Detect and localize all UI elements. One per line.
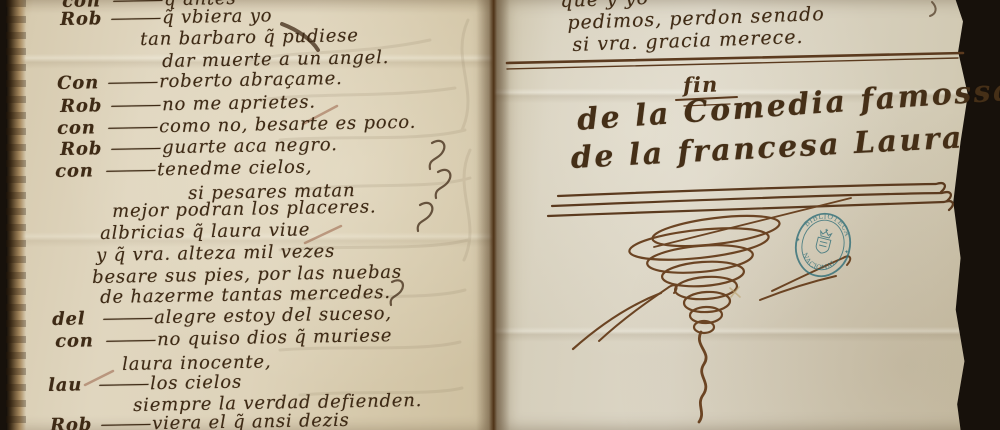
speaker-dash: — [59, 71, 209, 94]
line-text: albricias q̃ laura viue [100, 219, 310, 244]
dialogue-line: lau—los cielos [48, 373, 242, 396]
speaker-dash: — [52, 413, 202, 430]
dialogue-line: tan barbaro q̃ pudiese [140, 26, 359, 50]
manuscript-spread-photo: con—q̃ antes Rob—q̃ vbiera yo tan barbar… [0, 0, 1000, 430]
line-text: y q̃ vra. alteza mil vezes [96, 241, 335, 266]
speaker-dash: — [62, 94, 212, 117]
speaker-dash: — [54, 307, 204, 330]
dialogue-line: y q̃ vra. alteza mil vezes [96, 242, 335, 266]
speaker-dash: — [50, 373, 200, 396]
speaker-dash: — [62, 7, 212, 30]
speaker-dash: — [57, 329, 207, 352]
dialogue-line: albricias q̃ laura viue [100, 220, 310, 244]
speaker-dash: — [57, 159, 207, 182]
speaker-dash: — [59, 116, 209, 139]
svg-text:✦: ✦ [795, 236, 802, 244]
line-text: tan barbaro q̃ pudiese [140, 25, 359, 50]
speaker-dash: — [62, 137, 212, 160]
